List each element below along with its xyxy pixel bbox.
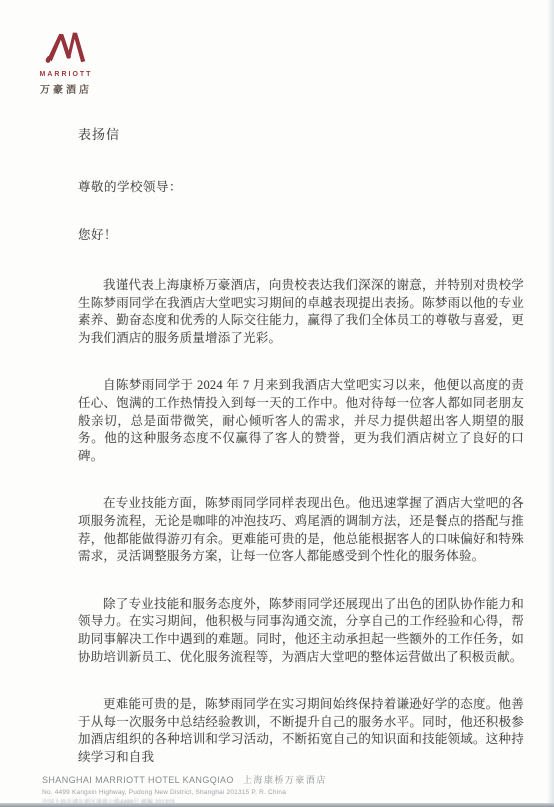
scan-bottom-edge (0, 803, 554, 807)
marriott-wordmark-cn: 万豪酒店 (31, 81, 101, 96)
marriott-m-icon (44, 26, 88, 68)
letter-paragraph: 我谨代表上海康桥万豪酒店，向贵校表达我们深深的谢意，并特别对贵校学生陈梦雨同学在… (78, 277, 524, 347)
marriott-logo: MARRIOTT 万豪酒店 (31, 26, 101, 96)
footer-address-en: No. 4499 Kangxin Highway, Pudong New Dis… (42, 789, 327, 796)
letter-paragraph: 除了专业技能和服务态度外，陈梦雨同学还展现出了出色的团队协作能力和领导力。在实习… (78, 596, 524, 666)
letter-body: 我谨代表上海康桥万豪酒店，向贵校表达我们深深的谢意，并特别对贵校学生陈梦雨同学在… (78, 277, 524, 796)
letter-paragraph: 在专业技能方面，陈梦雨同学同样表现出色。他迅速掌握了酒店大堂吧的各项服务流程，无… (78, 495, 524, 565)
footer-hotel-name-en: SHANGHAI MARRIOTT HOTEL KANGQIAO (42, 775, 234, 785)
footer-hotel-name-cn: 上海康桥万豪酒店 (243, 775, 327, 785)
letter-paragraph: 自陈梦雨同学于 2024 年 7 月来到我酒店大堂吧实习以来，他便以高度的责任心… (78, 377, 524, 465)
letter-greeting: 您好！ (78, 225, 117, 243)
letter-title: 表扬信 (78, 124, 120, 143)
letter-footer: SHANGHAI MARRIOTT HOTEL KANGQIAO上海康桥万豪酒店… (42, 773, 327, 806)
letter-paragraph: 更难能可贵的是，陈梦雨同学在实习期间始终保持着谦逊好学的态度。他善于从每一次服务… (78, 696, 524, 766)
letter-page: MARRIOTT 万豪酒店 表扬信 尊敬的学校领导： 您好！ 我谨代表上海康桥万… (0, 0, 554, 807)
letter-salutation: 尊敬的学校领导： (78, 177, 182, 195)
scan-right-edge (547, 0, 554, 807)
marriott-wordmark: MARRIOTT (31, 71, 101, 78)
footer-hotel-name: SHANGHAI MARRIOTT HOTEL KANGQIAO上海康桥万豪酒店 (42, 773, 327, 786)
